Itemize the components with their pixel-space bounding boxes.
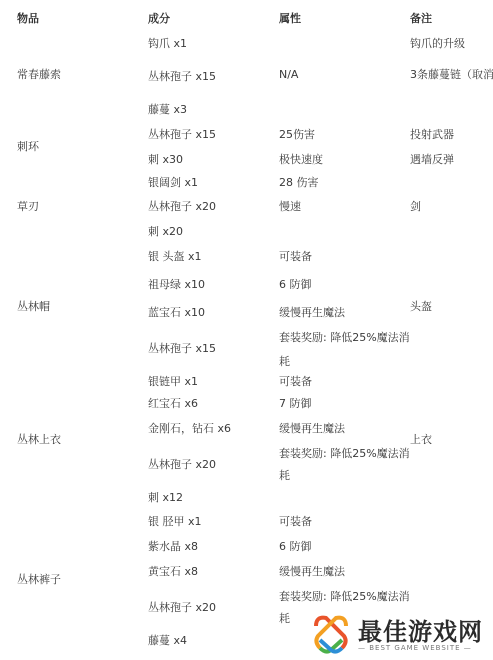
attribute: 耗	[279, 355, 290, 369]
item-name: 常春藤索	[17, 68, 61, 82]
ingredient: 银 头盔 x1	[148, 250, 202, 264]
ingredient: 刺 x12	[148, 491, 183, 505]
ingredient: 银链甲 x1	[148, 375, 198, 389]
ingredient: 藤蔓 x4	[148, 634, 187, 648]
attribute: 6 防御	[279, 540, 312, 554]
note: 头盔	[410, 300, 432, 314]
watermark-subtitle: — BEST GAME WEBSITE —	[358, 644, 472, 652]
ingredient: 丛林孢子 x20	[148, 200, 216, 214]
ingredient: 红宝石 x6	[148, 397, 198, 411]
attribute: 缓慢再生魔法	[279, 565, 345, 579]
ingredient: 紫水晶 x8	[148, 540, 198, 554]
note: 遇墙反弹	[410, 153, 454, 167]
note: 上衣	[410, 433, 432, 447]
ingredient: 黄宝石 x8	[148, 565, 198, 579]
attribute: 极快速度	[279, 153, 323, 167]
ingredient: 刺 x30	[148, 153, 183, 167]
attribute: 可装备	[279, 515, 312, 529]
ingredient: 金刚石，钻石 x6	[148, 422, 231, 436]
attribute: 缓慢再生魔法	[279, 306, 345, 320]
attribute: 6 防御	[279, 278, 312, 292]
logo-icon	[308, 612, 354, 658]
ingredient: 钩爪 x1	[148, 37, 187, 51]
attribute: 套装奖励: 降低25%魔法消	[279, 447, 410, 461]
watermark-title: 最佳游戏网	[358, 612, 483, 647]
attribute: 套装奖励: 降低25%魔法消	[279, 331, 410, 345]
ingredient: 丛林孢子 x20	[148, 601, 216, 615]
attribute: 7 防御	[279, 397, 312, 411]
item-name: 丛林帽	[17, 300, 50, 314]
item-name: 草刃	[17, 200, 39, 214]
ingredient: 银 胫甲 x1	[148, 515, 202, 529]
attribute: 慢速	[279, 200, 301, 214]
ingredient: 丛林孢子 x20	[148, 458, 216, 472]
attribute: 缓慢再生魔法	[279, 422, 345, 436]
note: 投射武器	[410, 128, 454, 142]
item-name: 刺环	[17, 140, 39, 154]
ingredient: 银阔剑 x1	[148, 176, 198, 190]
note: 剑	[410, 200, 421, 214]
ingredient: 丛林孢子 x15	[148, 342, 216, 356]
ingredient: 丛林孢子 x15	[148, 70, 216, 84]
header-notes: 备注	[410, 12, 432, 26]
ingredient: 丛林孢子 x15	[148, 128, 216, 142]
header-item: 物品	[17, 12, 39, 26]
attribute: 可装备	[279, 375, 312, 389]
attribute: 耗	[279, 469, 290, 483]
item-name: 丛林上衣	[17, 433, 61, 447]
attribute: N/A	[279, 68, 298, 82]
item-name: 丛林裤子	[17, 573, 61, 587]
attribute: 套装奖励: 降低25%魔法消	[279, 590, 410, 604]
note: 钩爪的升级	[410, 37, 465, 51]
header-ingredients: 成分	[148, 12, 170, 26]
attribute: 可装备	[279, 250, 312, 264]
watermark: 最佳游戏网 — BEST GAME WEBSITE —	[306, 610, 493, 660]
ingredient: 刺 x20	[148, 225, 183, 239]
note: 3条藤蔓链（取消	[410, 68, 493, 82]
ingredient: 蓝宝石 x10	[148, 306, 205, 320]
attribute: 耗	[279, 612, 290, 626]
attribute: 28 伤害	[279, 176, 319, 190]
ingredient: 藤蔓 x3	[148, 103, 187, 117]
ingredient: 祖母绿 x10	[148, 278, 205, 292]
header-attributes: 属性	[279, 12, 301, 26]
attribute: 25伤害	[279, 128, 315, 142]
